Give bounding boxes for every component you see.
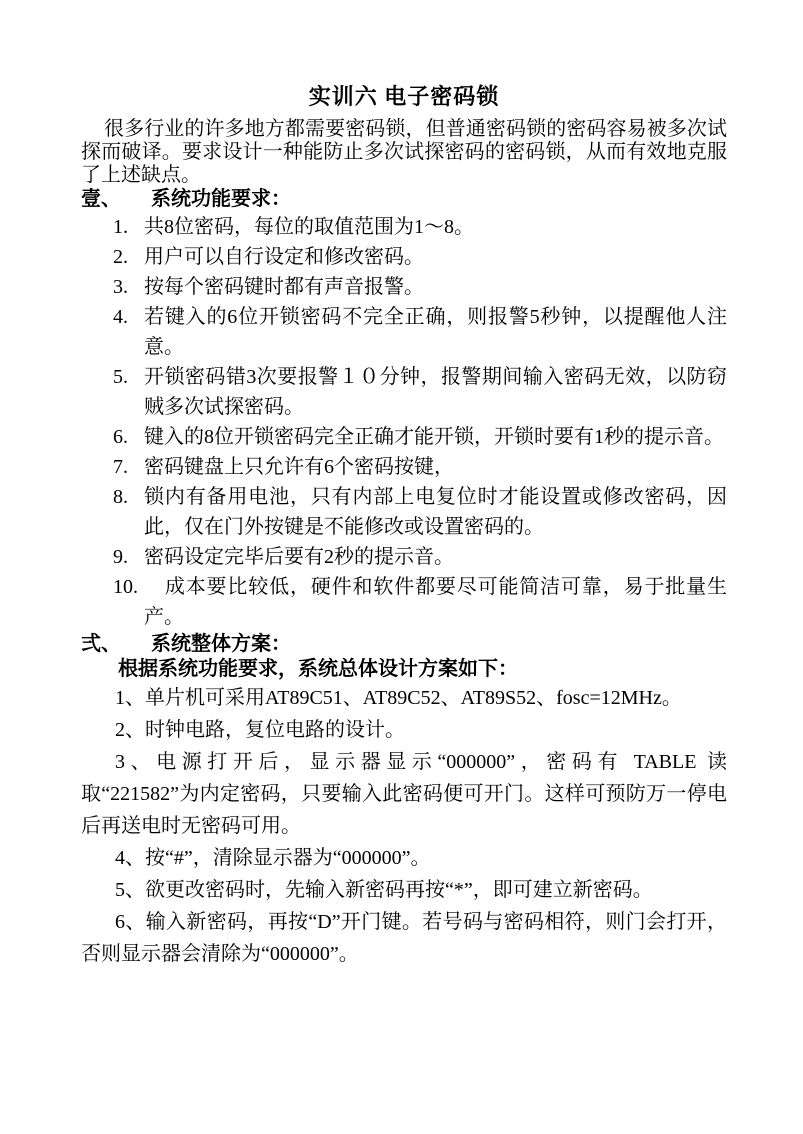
requirement-item: 2. 用户可以自行设定和修改密码。 [113,242,727,272]
plan-paragraph: 3、电源打开后，显示器显示“000000”，密码有 TABLE 读取“22158… [81,746,727,842]
item-text: 成本要比较低，硬件和软件都要尽可能简洁可靠，易于批量生产。 [144,572,727,632]
plan-paragraph: 5、欲更改密码时，先输入新密码再按“*”，即可建立新密码。 [81,874,727,906]
requirement-item: 1. 共8位密码，每位的取值范围为1～8。 [113,212,727,242]
section2-subheading: 根据系统功能要求，系统总体设计方案如下： [118,657,727,682]
plan-paragraph: 6、输入新密码，再按“D”开门键。若号码与密码相符，则门会打开，否则显示器会清除… [81,906,727,970]
item-number: 5. [113,362,144,422]
requirement-item: 4. 若键入的6位开锁密码不完全正确，则报警5秒钟，以提醒他人注意。 [113,302,727,362]
plan-paragraph: 4、按“#”，清除显示器为“000000”。 [81,842,727,874]
item-number: 10. [113,572,144,632]
plan-paragraph: 1、单片机可采用AT89C51、AT89C52、AT89S52、fosc=12M… [81,682,727,714]
item-text: 键入的8位开锁密码完全正确才能开锁，开锁时要有1秒的提示音。 [144,422,727,452]
item-number: 1. [113,212,144,242]
requirements-list: 1. 共8位密码，每位的取值范围为1～8。 2. 用户可以自行设定和修改密码。 … [113,212,727,632]
item-number: 9. [113,542,144,572]
requirement-item: 5. 开锁密码错3次要报警１０分钟，报警期间输入密码无效，以防窃贼多次试探密码。 [113,362,727,422]
item-text: 共8位密码，每位的取值范围为1～8。 [144,212,727,242]
section1-title: 系统功能要求： [151,187,291,212]
page-title: 实训六 电子密码锁 [81,84,727,110]
item-number: 2. [113,242,144,272]
item-number: 8. [113,482,144,542]
item-number: 3. [113,272,144,302]
item-text: 密码键盘上只允许有6个密码按键， [144,452,727,482]
item-text: 用户可以自行设定和修改密码。 [144,242,727,272]
requirement-item: 9. 密码设定完毕后要有2秒的提示音。 [113,542,727,572]
plan-paragraph: 2、时钟电路，复位电路的设计。 [81,714,727,746]
item-text: 密码设定完毕后要有2秒的提示音。 [144,542,727,572]
item-text: 开锁密码错3次要报警１０分钟，报警期间输入密码无效，以防窃贼多次试探密码。 [144,362,727,422]
item-number: 4. [113,302,144,362]
item-text: 锁内有备用电池，只有内部上电复位时才能设置或修改密码，因此，仅在门外按键是不能修… [144,482,727,542]
item-number: 7. [113,452,144,482]
requirement-item: 7. 密码键盘上只允许有6个密码按键， [113,452,727,482]
section2-heading: 弍、 系统整体方案： [81,632,727,657]
section1-heading: 壹、 系统功能要求： [81,187,727,212]
requirement-item: 10. 成本要比较低，硬件和软件都要尽可能简洁可靠，易于批量生产。 [113,572,727,632]
section2-title: 系统整体方案： [151,632,291,657]
document-page: 实训六 电子密码锁 很多行业的许多地方都需要密码锁，但普通密码锁的密码容易被多次… [0,0,803,1134]
requirement-item: 8. 锁内有备用电池，只有内部上电复位时才能设置或修改密码，因此，仅在门外按键是… [113,482,727,542]
intro-paragraph: 很多行业的许多地方都需要密码锁，但普通密码锁的密码容易被多次试探而破译。要求设计… [81,118,727,187]
section2-number: 弍、 [81,632,151,657]
requirement-item: 6. 键入的8位开锁密码完全正确才能开锁，开锁时要有1秒的提示音。 [113,422,727,452]
requirement-item: 3. 按每个密码键时都有声音报警。 [113,272,727,302]
section1-number: 壹、 [81,187,151,212]
item-number: 6. [113,422,144,452]
item-text: 按每个密码键时都有声音报警。 [144,272,727,302]
item-text: 若键入的6位开锁密码不完全正确，则报警5秒钟，以提醒他人注意。 [144,302,727,362]
